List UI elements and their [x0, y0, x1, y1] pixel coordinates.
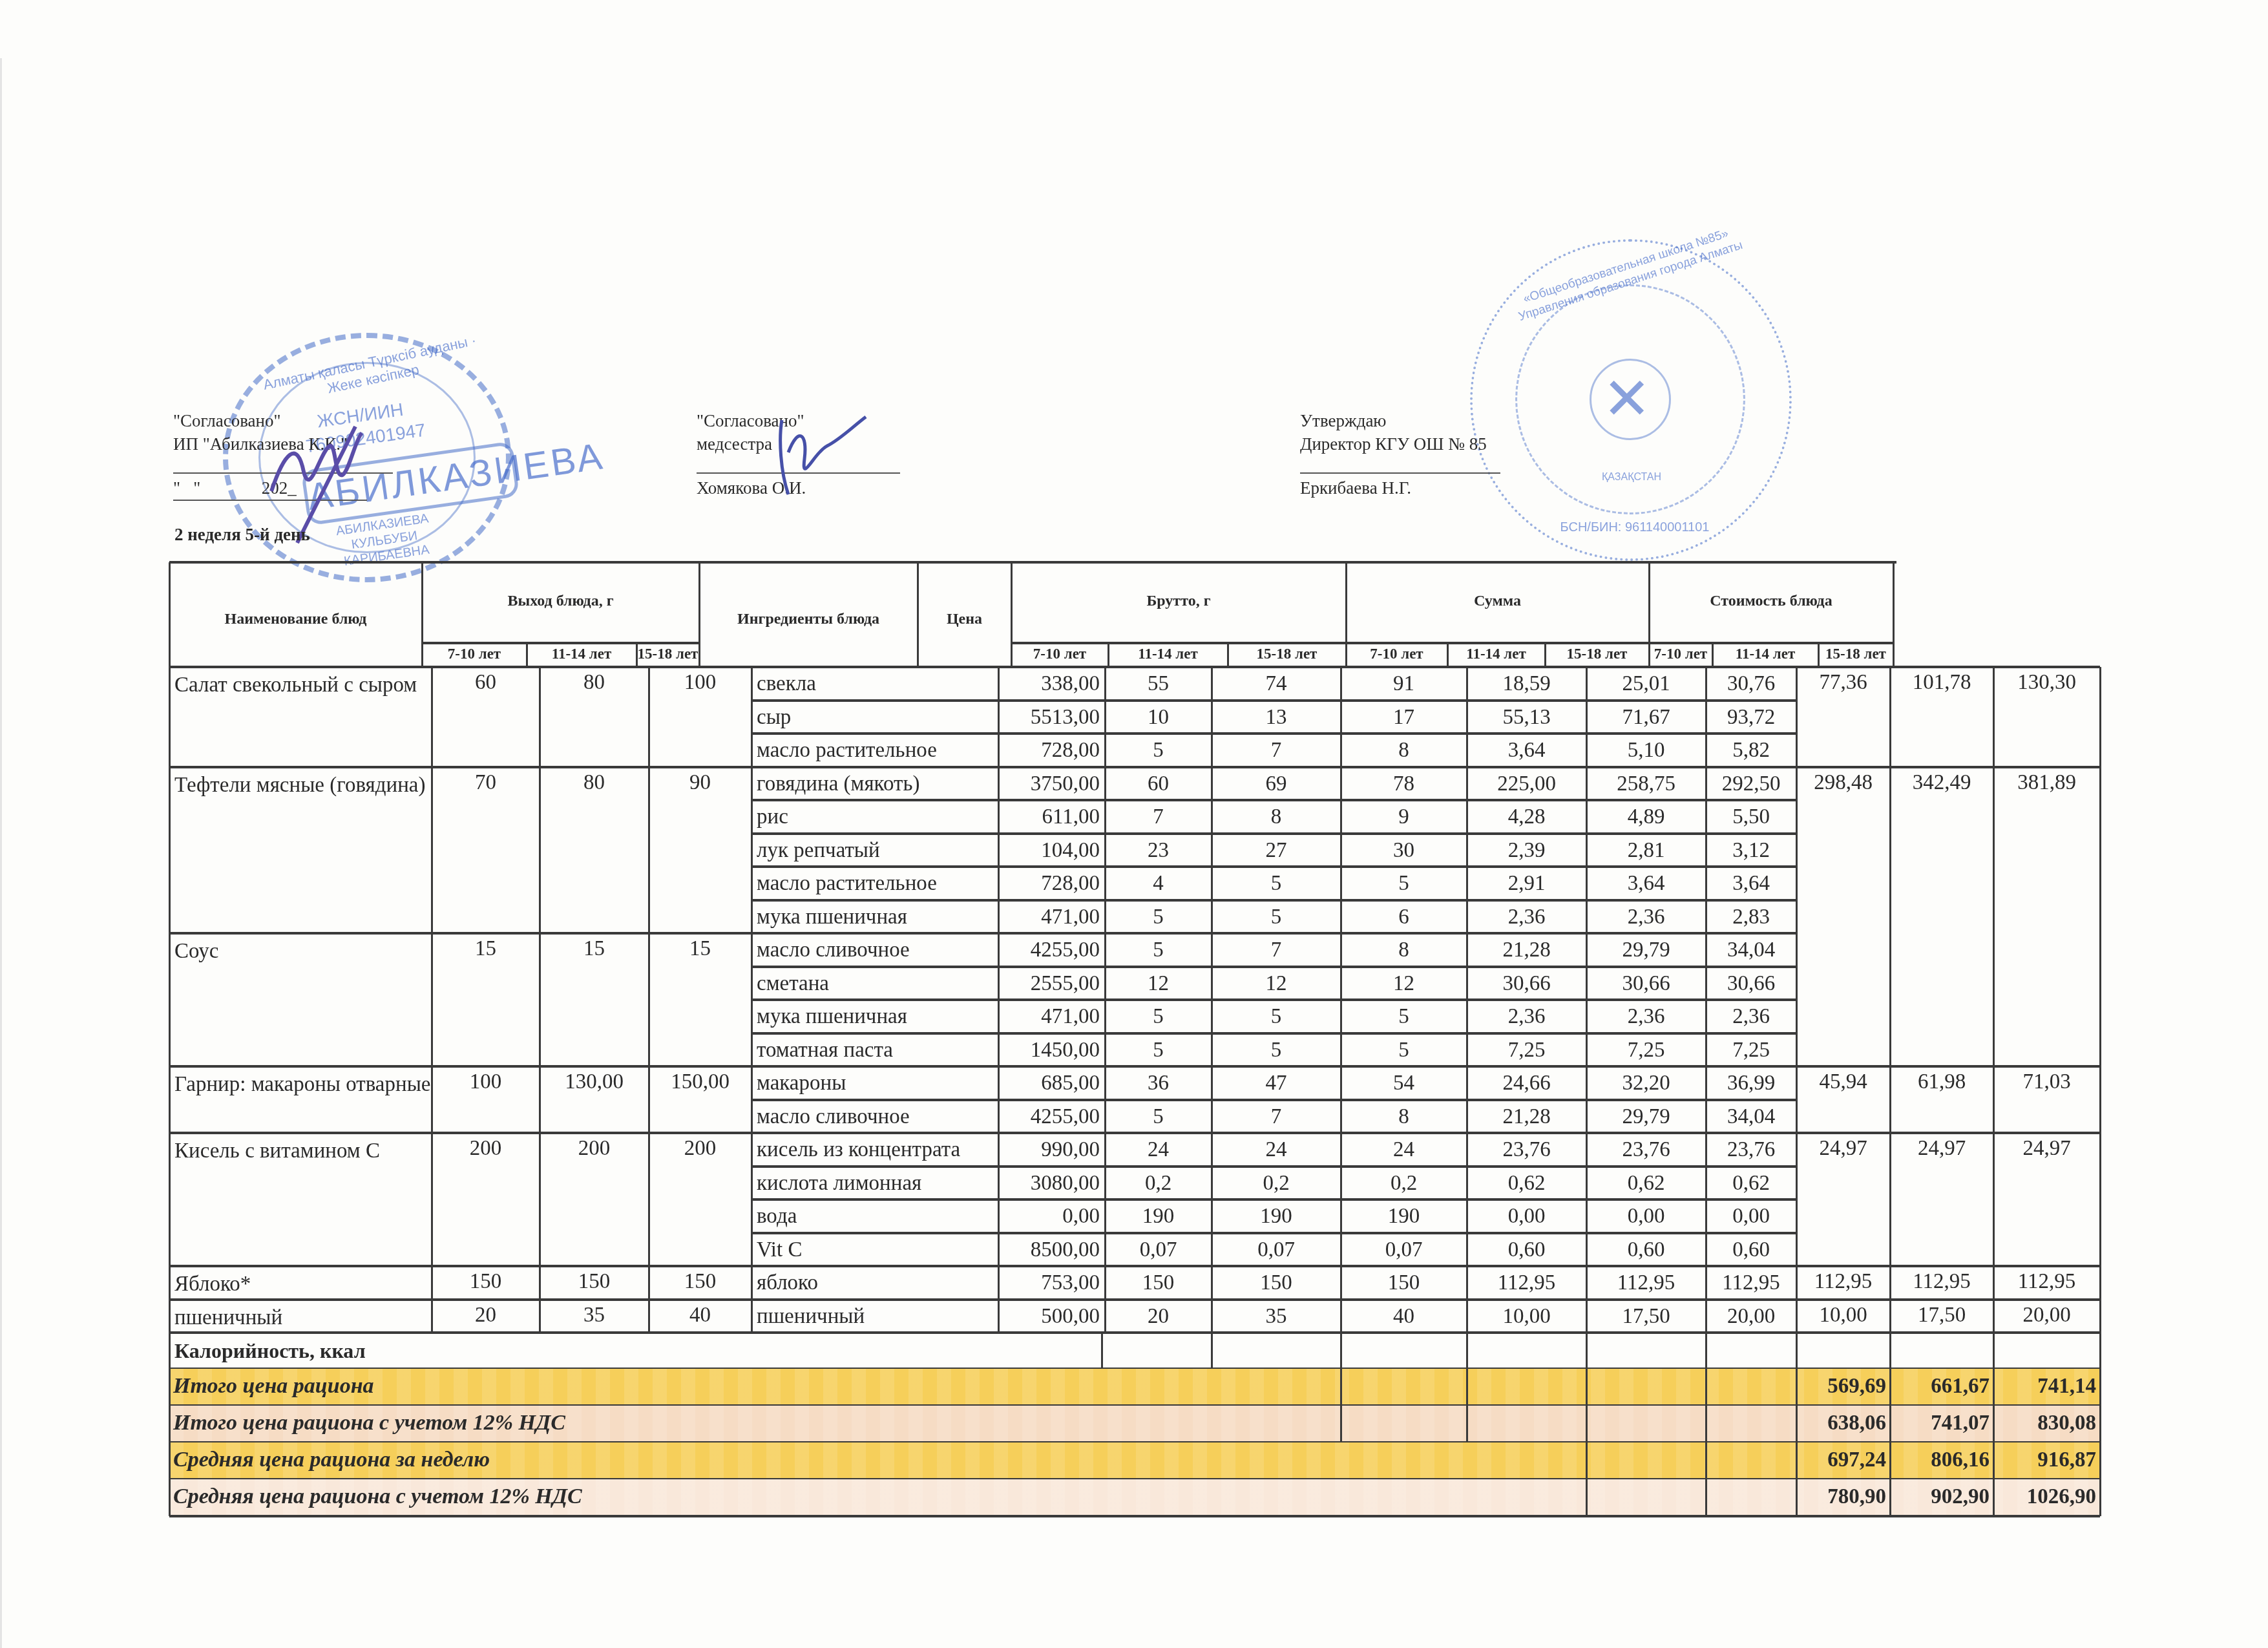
- total-value: 569,69: [1796, 1375, 1890, 1399]
- ingredient-name: масло сливочное: [751, 1105, 998, 1129]
- ingredient-price: 104,00: [998, 839, 1105, 863]
- ingredient-price: 3080,00: [998, 1172, 1105, 1196]
- ingredient-sum: 5,10: [1586, 739, 1706, 763]
- column-border: [2099, 1333, 2101, 1369]
- ingredient-brutto: 5: [1105, 905, 1212, 929]
- column-border: [1340, 1406, 1342, 1442]
- dish-yield: 70: [432, 771, 540, 795]
- ingredient-brutto: 91: [1341, 672, 1467, 696]
- ingredient-brutto: 24: [1341, 1138, 1467, 1162]
- column-border: [169, 1333, 171, 1369]
- ingredient-brutto: 0,07: [1212, 1238, 1341, 1262]
- ingredient-price: 4255,00: [998, 1105, 1105, 1129]
- header-age-yield: 11-14 лет: [527, 646, 636, 662]
- ingredient-name: пшеничный: [751, 1305, 998, 1329]
- ingredient-sum: 21,28: [1467, 1105, 1586, 1129]
- column-border: [1211, 1333, 1213, 1369]
- ingredient-brutto: 150: [1212, 1271, 1341, 1295]
- dish-name: Гарнир: макароны отварные: [169, 1069, 432, 1100]
- total-border: [169, 1515, 2100, 1517]
- dish-yield: 15: [649, 937, 751, 961]
- column-border: [1101, 1333, 1103, 1369]
- ingredient-brutto: 24: [1105, 1138, 1212, 1162]
- approval-heading: Утверждаю: [1300, 409, 1500, 432]
- ingredient-brutto: 190: [1212, 1205, 1341, 1229]
- dish-yield: 80: [540, 771, 649, 795]
- ingredient-price: 500,00: [998, 1305, 1105, 1329]
- ingredient-sum: 3,64: [1706, 872, 1796, 896]
- ingredient-price: 471,00: [998, 1005, 1105, 1029]
- dish-yield: 130,00: [540, 1070, 649, 1094]
- ingredient-brutto: 8: [1341, 938, 1467, 962]
- column-border: [1705, 1333, 1707, 1369]
- stamp-line: БСН/БИН: 961140001101: [1544, 520, 1725, 535]
- ingredient-brutto: 10: [1105, 706, 1212, 730]
- ingredient-price: 611,00: [998, 805, 1105, 829]
- ingredient-border: [751, 832, 1796, 835]
- ingredient-sum: 23,76: [1586, 1138, 1706, 1162]
- ingredient-sum: 3,12: [1706, 839, 1796, 863]
- ingredient-name: Vit C: [751, 1238, 998, 1262]
- column-border: [1796, 1442, 1798, 1479]
- ingredient-sum: 20,00: [1706, 1305, 1796, 1329]
- ingredient-name: сыр: [751, 706, 998, 730]
- total-label: Средняя цена рациона с учетом 12% НДС: [169, 1484, 582, 1509]
- ingredient-name: вода: [751, 1205, 998, 1229]
- dish-yield: 150,00: [649, 1070, 751, 1094]
- dish-name: пшеничный: [169, 1302, 432, 1333]
- column-border: [169, 667, 171, 1333]
- ingredient-sum: 2,36: [1586, 1005, 1706, 1029]
- ingredient-sum: 21,28: [1467, 938, 1586, 962]
- ingredient-sum: 112,95: [1586, 1271, 1706, 1295]
- header-age-cost: 11-14 лет: [1712, 646, 1818, 662]
- ingredient-brutto: 36: [1105, 1072, 1212, 1095]
- column-border: [1340, 1369, 1342, 1406]
- total-value: 697,24: [1796, 1448, 1890, 1472]
- ingredient-sum: 30,66: [1586, 972, 1706, 996]
- ingredient-brutto: 4: [1105, 872, 1212, 896]
- header-age-cost: 7-10 лет: [1649, 646, 1712, 662]
- ingredient-sum: 225,00: [1467, 772, 1586, 796]
- ingredient-sum: 36,99: [1706, 1072, 1796, 1095]
- ingredient-border: [751, 699, 1796, 702]
- column-border: [169, 1479, 171, 1516]
- column-border: [1993, 1442, 1995, 1479]
- column-border: [1796, 667, 1798, 1333]
- ingredient-brutto: 24: [1212, 1138, 1341, 1162]
- header-age-brutto: 15-18 лет: [1228, 646, 1346, 662]
- dish-yield: 15: [540, 937, 649, 961]
- header-age-sum: 15-18 лет: [1545, 646, 1649, 662]
- dish-cost: 112,95: [1890, 1270, 1993, 1294]
- ingredient-price: 685,00: [998, 1072, 1105, 1095]
- column-border: [2099, 667, 2101, 1333]
- dish-border: [169, 1298, 2100, 1301]
- column-border: [2099, 1406, 2101, 1442]
- header-name: Наименование блюд: [169, 611, 422, 628]
- ingredient-sum: 34,04: [1706, 1105, 1796, 1129]
- ingredient-name: макароны: [751, 1072, 998, 1095]
- column-border: [1993, 1479, 1995, 1516]
- ingredient-sum: 5,50: [1706, 805, 1796, 829]
- ingredient-sum: 71,67: [1586, 706, 1706, 730]
- dish-cost: 130,30: [1993, 671, 2100, 695]
- dish-yield: 100: [432, 1070, 540, 1094]
- ingredient-name: лук репчатый: [751, 839, 998, 863]
- dish-name: Кисель с витамином С: [169, 1136, 432, 1167]
- ingredient-sum: 29,79: [1586, 1105, 1706, 1129]
- ingredient-brutto: 190: [1105, 1205, 1212, 1229]
- ingredient-price: 2555,00: [998, 972, 1105, 996]
- ingredient-brutto: 69: [1212, 772, 1341, 796]
- ingredient-brutto: 5: [1341, 872, 1467, 896]
- body-top-border: [169, 666, 2100, 668]
- dish-border: [169, 932, 1796, 935]
- ingredient-name: яблоко: [751, 1271, 998, 1295]
- ingredient-sum: 2,83: [1706, 905, 1796, 929]
- ingredient-name: кислота лимонная: [751, 1172, 998, 1196]
- ingredient-sum: 5,82: [1706, 739, 1796, 763]
- dish-cost: 112,95: [1796, 1270, 1890, 1294]
- ingredient-sum: 10,00: [1467, 1305, 1586, 1329]
- ingredient-brutto: 74: [1212, 672, 1341, 696]
- column-border: [169, 1406, 171, 1442]
- ingredient-sum: 112,95: [1706, 1271, 1796, 1295]
- dish-yield: 150: [649, 1270, 751, 1294]
- column-border: [1705, 1369, 1707, 1406]
- ingredient-price: 4255,00: [998, 938, 1105, 962]
- stamp-line: ҚАЗАҚСТАН: [1593, 472, 1670, 483]
- ingredient-brutto: 5: [1212, 1039, 1341, 1062]
- ingredient-brutto: 12: [1105, 972, 1212, 996]
- column-border: [1993, 667, 1995, 1333]
- scan-edge: [0, 58, 2, 1648]
- ingredient-brutto: 7: [1105, 805, 1212, 829]
- column-border: [1340, 667, 1342, 1333]
- total-value: 902,90: [1890, 1485, 1993, 1509]
- header-cost: Стоимость блюда: [1649, 593, 1893, 610]
- ingredient-brutto: 190: [1341, 1205, 1467, 1229]
- column-border: [1889, 1479, 1891, 1516]
- column-border: [1889, 1442, 1891, 1479]
- dish-cost: 381,89: [1993, 771, 2100, 795]
- dish-cost: 24,97: [1796, 1137, 1890, 1161]
- column-border: [1466, 1369, 1468, 1406]
- dish-name: Яблоко*: [169, 1269, 432, 1300]
- dish-yield: 35: [540, 1304, 649, 1327]
- ingredient-name: масло сливочное: [751, 938, 998, 962]
- ingredient-border: [751, 998, 1796, 1001]
- total-value: 661,67: [1890, 1375, 1993, 1399]
- approval-name: Еркибаева Н.Г.: [1300, 476, 1500, 500]
- dish-yield: 150: [432, 1270, 540, 1294]
- ingredient-brutto: 5: [1212, 1005, 1341, 1029]
- dish-name: Соус: [169, 936, 432, 967]
- dish-yield: 15: [432, 937, 540, 961]
- header-age-yield: 7-10 лет: [422, 646, 527, 662]
- row-border: [1011, 642, 1346, 644]
- header-yield: Выход блюда, г: [422, 593, 699, 610]
- ingredient-sum: 0,62: [1706, 1172, 1796, 1196]
- dish-yield: 200: [540, 1137, 649, 1161]
- dish-cost: 298,48: [1796, 771, 1890, 795]
- column-border: [1211, 667, 1213, 1333]
- ingredient-name: томатная паста: [751, 1039, 998, 1062]
- ingredient-border: [751, 966, 1796, 968]
- ingredient-sum: 4,28: [1467, 805, 1586, 829]
- approval-role: Директор КГУ ОШ № 85: [1300, 432, 1500, 456]
- column-border: [648, 667, 650, 1333]
- column-border: [2099, 1369, 2101, 1406]
- ingredient-sum: 93,72: [1706, 706, 1796, 730]
- ingredient-brutto: 35: [1212, 1305, 1341, 1329]
- total-value: 780,90: [1796, 1485, 1890, 1509]
- emblem-icon: ✕: [1602, 365, 1651, 433]
- total-value: 741,14: [1993, 1375, 2100, 1399]
- ingredient-sum: 0,62: [1467, 1172, 1586, 1196]
- dish-name: Салат свекольный с сыром: [169, 670, 432, 701]
- ingredient-price: 3750,00: [998, 772, 1105, 796]
- header-brutto: Брутто, г: [1011, 593, 1346, 610]
- ingredient-sum: 7,25: [1467, 1039, 1586, 1062]
- ingredient-sum: 292,50: [1706, 772, 1796, 796]
- ingredient-sum: 18,59: [1467, 672, 1586, 696]
- ingredient-brutto: 5: [1212, 872, 1341, 896]
- column-border: [431, 667, 433, 1333]
- dish-yield: 40: [649, 1304, 751, 1327]
- header-age-sum: 11-14 лет: [1447, 646, 1545, 662]
- column-border: [1889, 1406, 1891, 1442]
- ingredient-sum: 0,60: [1586, 1238, 1706, 1262]
- ingredient-brutto: 5: [1341, 1005, 1467, 1029]
- dish-yield: 20: [432, 1304, 540, 1327]
- dish-yield: 150: [540, 1270, 649, 1294]
- ingredient-sum: 25,01: [1586, 672, 1706, 696]
- ingredient-brutto: 55: [1105, 672, 1212, 696]
- ingredient-brutto: 30: [1341, 839, 1467, 863]
- ingredient-brutto: 5: [1105, 1039, 1212, 1062]
- ingredient-brutto: 5: [1105, 938, 1212, 962]
- ingredient-border: [751, 732, 1796, 735]
- ingredient-sum: 2,36: [1467, 1005, 1586, 1029]
- total-value: 916,87: [1993, 1448, 2100, 1472]
- ingredient-sum: 0,00: [1586, 1205, 1706, 1229]
- column-border: [1889, 1369, 1891, 1406]
- column-border: [1340, 1333, 1342, 1369]
- ingredient-brutto: 5: [1341, 1039, 1467, 1062]
- ingredient-border: [751, 799, 1796, 801]
- column-border: [169, 1369, 171, 1406]
- ingredient-name: кисель из концентрата: [751, 1138, 998, 1162]
- dish-cost: 101,78: [1890, 671, 1993, 695]
- column-border: [751, 667, 753, 1333]
- dish-name: Тефтели мясные (говядина): [169, 770, 432, 801]
- ingredient-price: 728,00: [998, 872, 1105, 896]
- ingredient-brutto: 0,2: [1105, 1172, 1212, 1196]
- column-border: [2099, 1479, 2101, 1516]
- column-border: [1796, 1479, 1798, 1516]
- dish-yield: 200: [432, 1137, 540, 1161]
- column-border: [1586, 667, 1588, 1333]
- total-value: 638,06: [1796, 1411, 1890, 1435]
- ingredient-sum: 2,36: [1467, 905, 1586, 929]
- signature-line: [1300, 456, 1500, 474]
- ingredient-sum: 7,25: [1586, 1039, 1706, 1062]
- column-border: [1705, 1479, 1707, 1516]
- ingredient-sum: 3,64: [1586, 872, 1706, 896]
- ingredient-brutto: 8: [1341, 739, 1467, 763]
- ingredient-sum: 55,13: [1467, 706, 1586, 730]
- ingredient-border: [751, 865, 1796, 868]
- total-value: 806,16: [1890, 1448, 1993, 1472]
- header-age-brutto: 11-14 лет: [1108, 646, 1228, 662]
- column-border: [1466, 1333, 1468, 1369]
- ingredient-brutto: 7: [1212, 938, 1341, 962]
- ingredient-brutto: 60: [1105, 772, 1212, 796]
- column-border: [169, 1442, 171, 1479]
- ingredient-sum: 0,60: [1706, 1238, 1796, 1262]
- header-ingredients: Ингредиенты блюда: [699, 611, 918, 628]
- dish-border: [169, 1132, 2100, 1134]
- ingredient-sum: 24,66: [1467, 1072, 1586, 1095]
- column-border: [1993, 1406, 1995, 1442]
- ingredient-brutto: 0,07: [1341, 1238, 1467, 1262]
- dish-cost: 24,97: [1993, 1137, 2100, 1161]
- row-border: [1346, 642, 1649, 644]
- ingredient-brutto: 40: [1341, 1305, 1467, 1329]
- column-border: [1586, 1333, 1588, 1369]
- ingredient-sum: 30,66: [1467, 972, 1586, 996]
- ingredient-brutto: 0,2: [1212, 1172, 1341, 1196]
- dish-yield: 80: [540, 671, 649, 695]
- total-value: 830,08: [1993, 1411, 2100, 1435]
- ingredient-brutto: 150: [1105, 1271, 1212, 1295]
- ingredient-brutto: 5: [1212, 905, 1341, 929]
- ingredient-sum: 4,89: [1586, 805, 1706, 829]
- ingredient-price: 990,00: [998, 1138, 1105, 1162]
- dish-border: [169, 1265, 2100, 1267]
- header-age-brutto: 7-10 лет: [1011, 646, 1108, 662]
- ingredient-sum: 2,81: [1586, 839, 1706, 863]
- header-price: Цена: [918, 611, 1011, 628]
- ingredient-name: сметана: [751, 972, 998, 996]
- signature-middle: [769, 414, 879, 498]
- ingredient-sum: 30,76: [1706, 672, 1796, 696]
- ingredient-brutto: 5: [1105, 1105, 1212, 1129]
- ingredient-brutto: 7: [1212, 739, 1341, 763]
- ingredient-brutto: 27: [1212, 839, 1341, 863]
- ingredient-brutto: 12: [1212, 972, 1341, 996]
- calories-label: Калорийность, ккал: [169, 1339, 366, 1363]
- total-label: Средняя цена рациона за неделю: [169, 1448, 490, 1472]
- ingredient-brutto: 13: [1212, 706, 1341, 730]
- ingredient-sum: 2,36: [1706, 1005, 1796, 1029]
- header-sum: Сумма: [1346, 593, 1649, 610]
- ingredient-border: [751, 1232, 1796, 1234]
- ingredient-sum: 2,91: [1467, 872, 1586, 896]
- ingredient-name: говядина (мякоть): [751, 772, 998, 796]
- ingredient-sum: 0,00: [1706, 1205, 1796, 1229]
- header-age-cost: 15-18 лет: [1818, 646, 1893, 662]
- ingredient-brutto: 0,07: [1105, 1238, 1212, 1262]
- column-border: [1993, 1333, 1995, 1369]
- total-label: Итого цена рациона: [169, 1374, 374, 1399]
- approval-right: Утверждаю Директор КГУ ОШ № 85 Еркибаева…: [1300, 409, 1500, 500]
- ingredient-brutto: 78: [1341, 772, 1467, 796]
- ingredient-border: [751, 899, 1796, 902]
- row-border: [1649, 642, 1893, 644]
- dish-border: [169, 1331, 2100, 1334]
- ingredient-price: 1450,00: [998, 1039, 1105, 1062]
- column-border: [1466, 1406, 1468, 1442]
- ingredient-price: 338,00: [998, 672, 1105, 696]
- ingredient-sum: 2,39: [1467, 839, 1586, 863]
- ingredient-border: [751, 1032, 1796, 1035]
- total-value: 741,07: [1890, 1411, 1993, 1435]
- dish-yield: 90: [649, 771, 751, 795]
- dish-cost: 71,03: [1993, 1070, 2100, 1094]
- column-border: [2099, 1442, 2101, 1479]
- column-border: [1889, 1333, 1891, 1369]
- column-border: [1796, 1369, 1798, 1406]
- column-border: [1705, 667, 1707, 1333]
- row-border: [422, 642, 699, 644]
- dish-cost: 61,98: [1890, 1070, 1993, 1094]
- dish-border: [169, 1065, 2100, 1068]
- ingredient-sum: 0,00: [1467, 1205, 1586, 1229]
- ingredient-price: 0,00: [998, 1205, 1105, 1229]
- ingredient-sum: 34,04: [1706, 938, 1796, 962]
- header-top-border: [169, 561, 1896, 564]
- dish-cost: 24,97: [1890, 1137, 1993, 1161]
- dish-yield: 100: [649, 671, 751, 695]
- ingredient-brutto: 7: [1212, 1105, 1341, 1129]
- ingredient-name: масло растительное: [751, 739, 998, 763]
- ingredient-name: мука пшеничная: [751, 905, 998, 929]
- ingredient-sum: 29,79: [1586, 938, 1706, 962]
- dish-cost: 45,94: [1796, 1070, 1890, 1094]
- ingredient-brutto: 6: [1341, 905, 1467, 929]
- column-border: [1889, 667, 1891, 1333]
- ingredient-sum: 2,36: [1586, 905, 1706, 929]
- dish-cost: 77,36: [1796, 671, 1890, 695]
- ingredient-sum: 258,75: [1586, 772, 1706, 796]
- ingredient-border: [751, 1165, 1796, 1168]
- column-border: [1586, 1479, 1588, 1516]
- ingredient-brutto: 47: [1212, 1072, 1341, 1095]
- dish-yield: 200: [649, 1137, 751, 1161]
- column-border: [539, 667, 541, 1333]
- ingredient-brutto: 0,2: [1341, 1172, 1467, 1196]
- ingredient-price: 8500,00: [998, 1238, 1105, 1262]
- dish-yield: 60: [432, 671, 540, 695]
- header-age-yield: 15-18 лет: [636, 646, 699, 662]
- column-border: [1586, 1442, 1588, 1479]
- day-label: 2 неделя 5-й день: [174, 525, 310, 545]
- dish-cost: 10,00: [1796, 1304, 1890, 1327]
- column-border: [998, 667, 1000, 1333]
- total-label: Итого цена рациона с учетом 12% НДС: [169, 1411, 565, 1435]
- ingredient-brutto: 17: [1341, 706, 1467, 730]
- dish-cost: 112,95: [1993, 1270, 2100, 1294]
- ingredient-price: 728,00: [998, 739, 1105, 763]
- column-border: [1796, 1406, 1798, 1442]
- ingredient-border: [751, 1198, 1796, 1201]
- column-border: [1993, 1369, 1995, 1406]
- ingredient-brutto: 23: [1105, 839, 1212, 863]
- ingredient-sum: 7,25: [1706, 1039, 1796, 1062]
